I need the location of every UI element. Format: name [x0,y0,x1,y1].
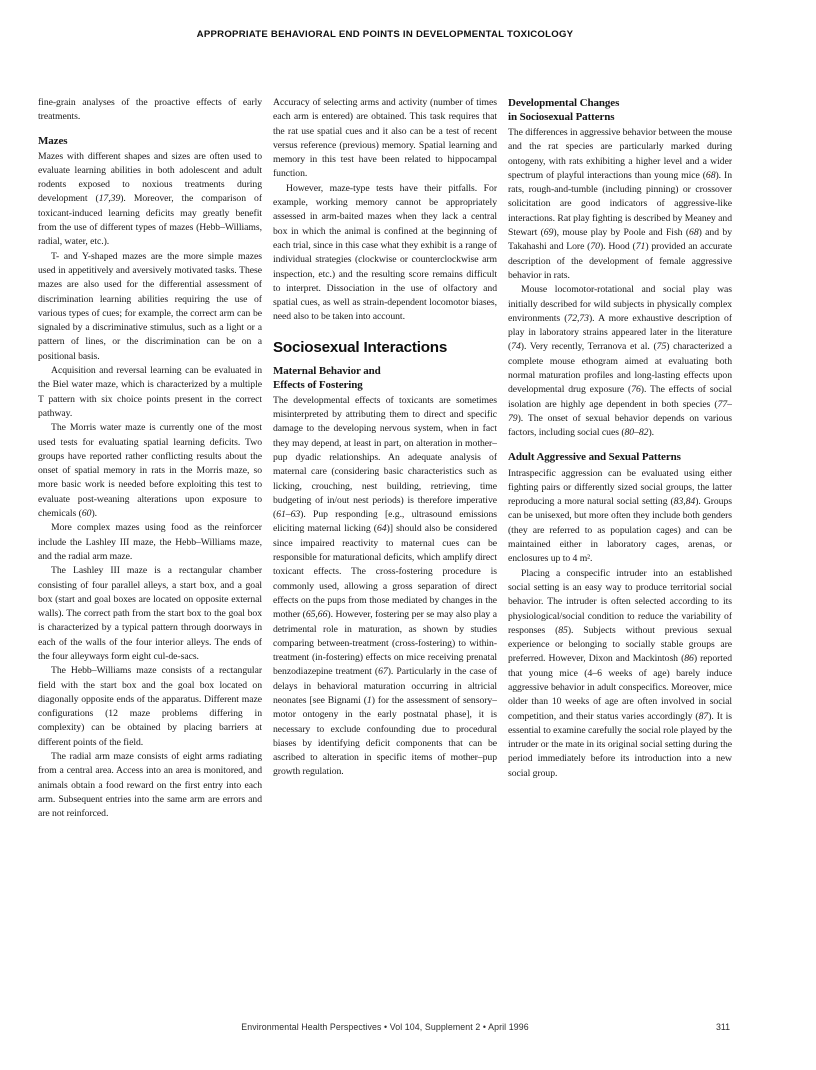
paragraph: However, maze-type tests have their pitf… [273,182,497,325]
subsection-heading-maternal-behavior: Maternal Behavior and Effects of Fosteri… [273,364,497,392]
section-heading-sociosexual-interactions: Sociosexual Interactions [273,339,497,356]
paragraph: Placing a conspecific intruder into an e… [508,567,732,781]
paragraph: The radial arm maze consists of eight ar… [38,750,262,821]
page-number: 311 [716,1022,730,1032]
paragraph: T- and Y-shaped mazes are the more simpl… [38,250,262,364]
paragraph: Intraspecific aggression can be evaluate… [508,467,732,567]
paragraph: Acquisition and reversal learning can be… [38,364,262,421]
paragraph: The Hebb–Williams maze consists of a rec… [38,664,262,750]
paragraph-continued: fine-grain analyses of the proactive eff… [38,96,262,125]
journal-citation: Environmental Health Perspectives • Vol … [38,1022,732,1032]
paragraph: The Morris water maze is currently one o… [38,421,262,521]
paragraph: More complex mazes using food as the rei… [38,521,262,564]
subsection-heading-developmental-changes: Developmental Changes in Sociosexual Pat… [508,96,732,124]
paragraph: Mouse locomotor-rotational and social pl… [508,283,732,440]
page-footer: Environmental Health Perspectives • Vol … [38,1022,732,1036]
paragraph: The differences in aggressive behavior b… [508,126,732,283]
paragraph: The Lashley III maze is a rectangular ch… [38,564,262,664]
paragraph: The developmental effects of toxicants a… [273,394,497,780]
article-body: fine-grain analyses of the proactive eff… [38,96,732,974]
paragraph: Accuracy of selecting arms and activity … [273,96,497,182]
column-3: Developmental Changes in Sociosexual Pat… [508,96,732,974]
subsection-heading-mazes: Mazes [38,134,262,148]
running-head: APPROPRIATE BEHAVIORAL END POINTS IN DEV… [38,29,732,40]
column-2: Accuracy of selecting arms and activity … [273,96,497,974]
subsection-heading-adult-aggressive: Adult Aggressive and Sexual Patterns [508,450,732,464]
journal-page: APPROPRIATE BEHAVIORAL END POINTS IN DEV… [0,0,816,1070]
paragraph: Mazes with different shapes and sizes ar… [38,150,262,250]
column-1: fine-grain analyses of the proactive eff… [38,96,262,974]
